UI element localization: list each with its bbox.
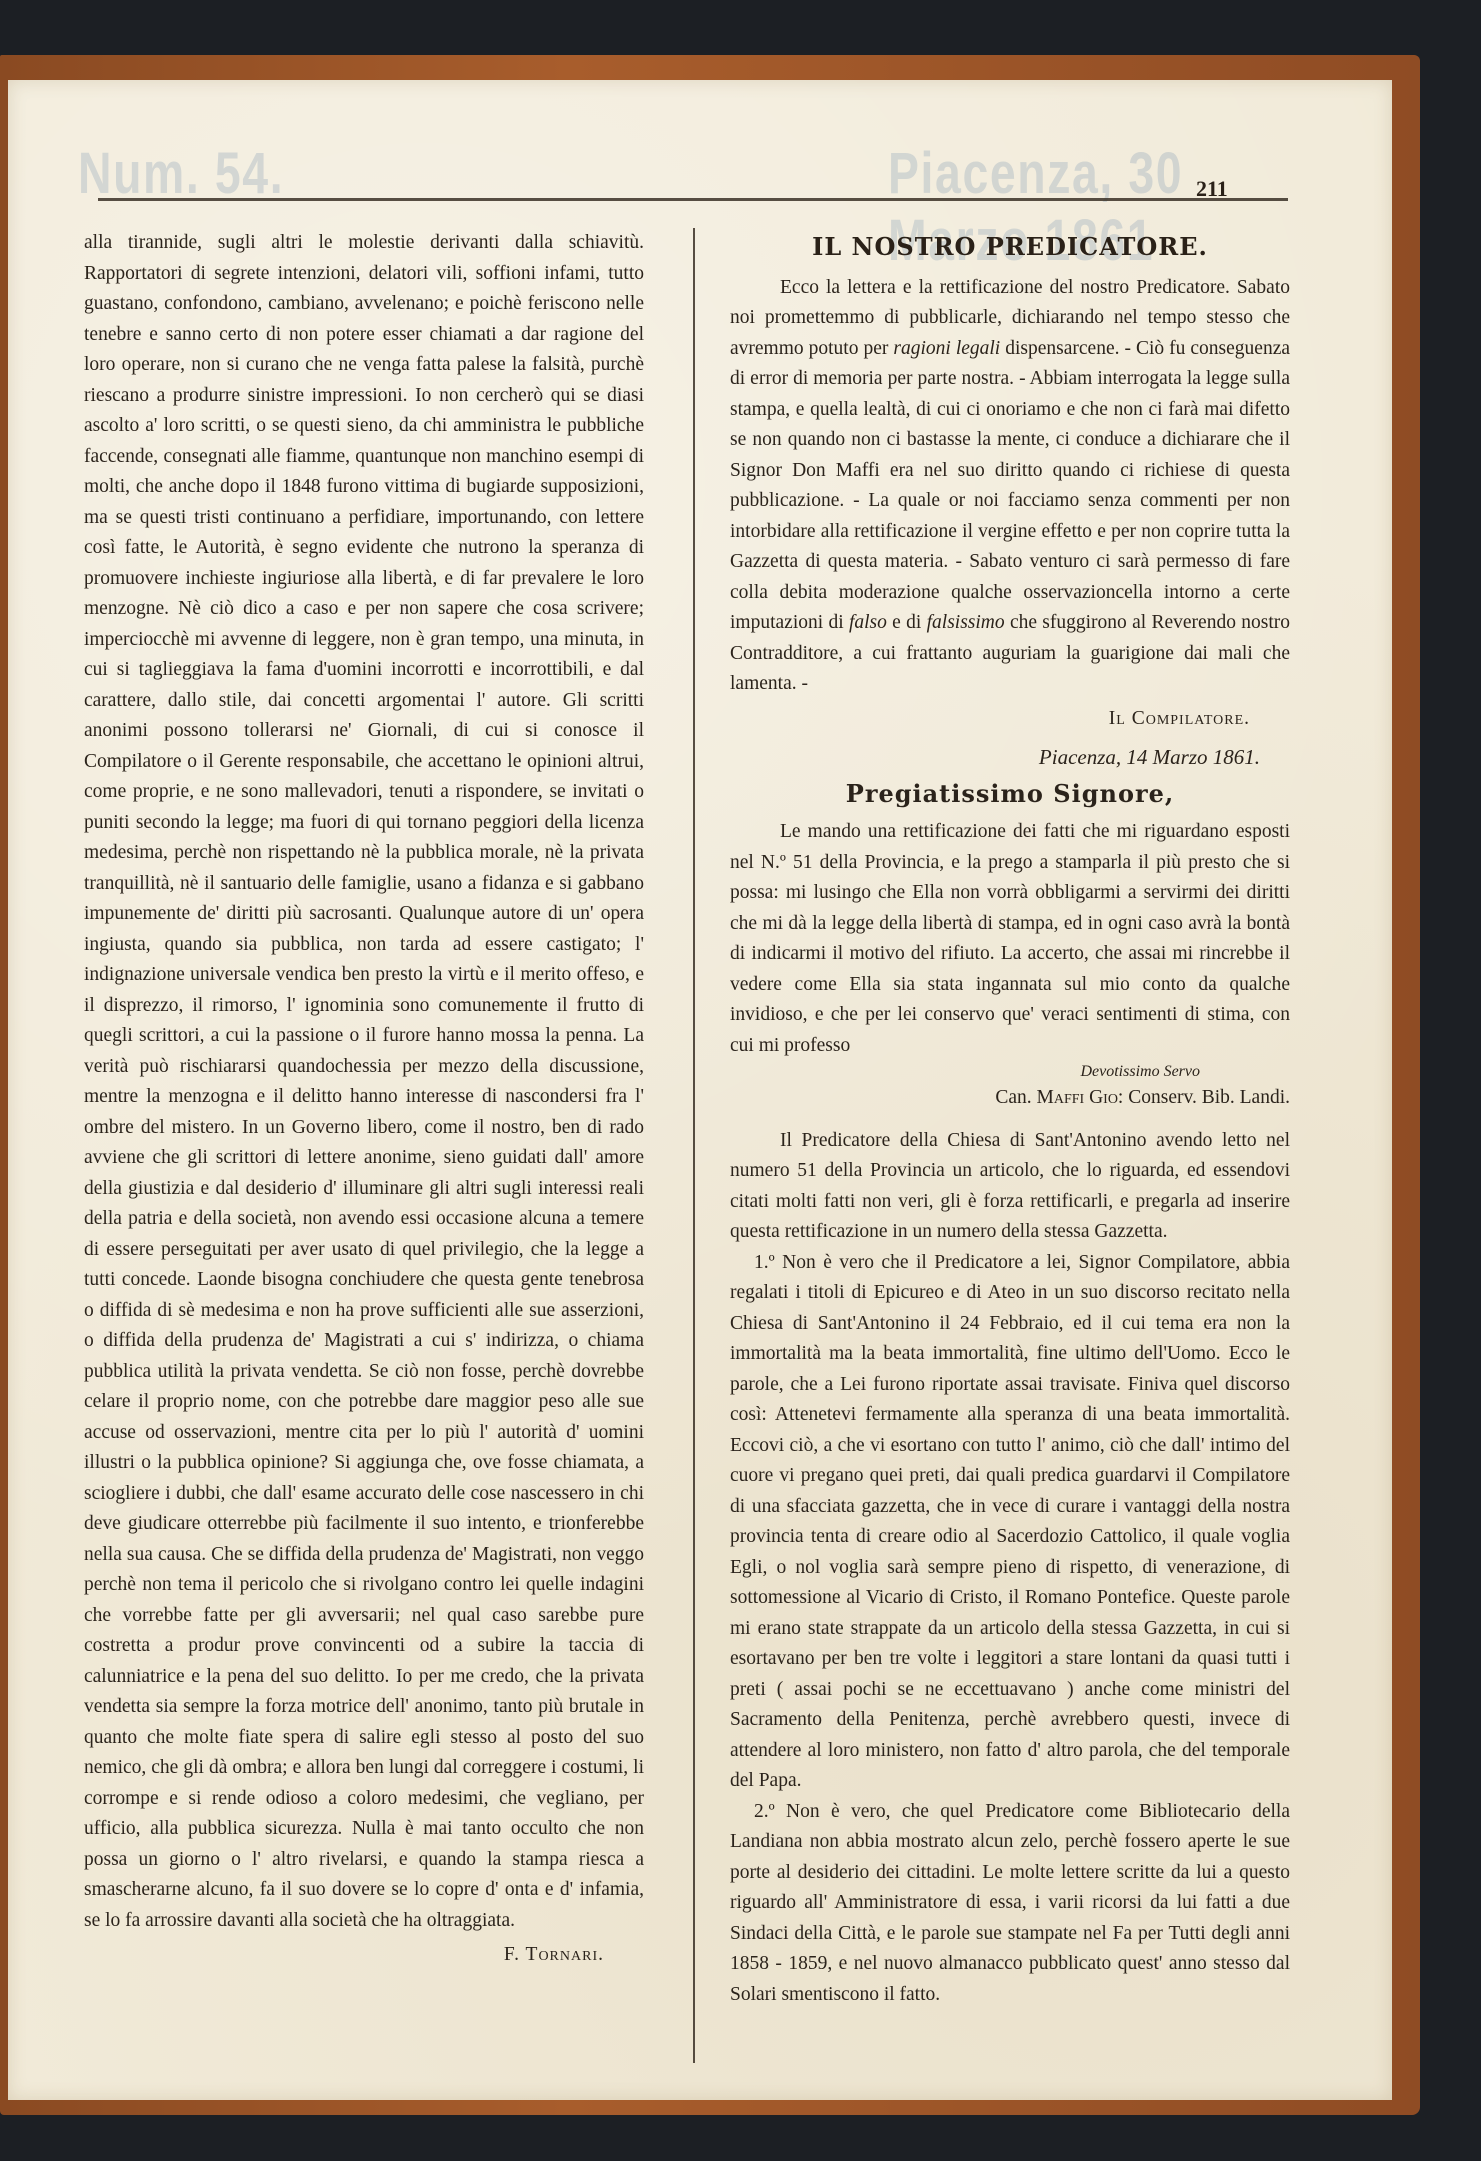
right-column: IL NOSTRO PREDICATORE. Ecco la lettera e…	[730, 228, 1290, 2010]
header-rule	[98, 198, 1288, 201]
letter-dateline: Piacenza, 14 Marzo 1861.	[730, 742, 1260, 773]
intro-emphasis: ragioni legali	[893, 338, 1000, 359]
column-divider	[693, 228, 695, 2063]
letter-salutation: Pregiatissimo Signore,	[730, 779, 1290, 810]
rectification-point-2: 2.º Non è vero, che quel Predicatore com…	[730, 1797, 1290, 2011]
letter-signer: Can. Maffi Gio: Conserv. Bib. Landi.	[730, 1083, 1290, 1114]
compiler-signature: Il Compilatore.	[730, 704, 1250, 735]
bleed-through-issue-number: Num. 54.	[78, 140, 284, 207]
signer-title: Can.	[995, 1087, 1036, 1108]
signer-role: Conserv. Bib. Landi.	[1123, 1087, 1290, 1108]
intro-text: e di	[887, 612, 927, 633]
author-signature: F. Tornari.	[84, 1940, 604, 1971]
left-column: alla tirannide, sugli altri le molestie …	[84, 228, 644, 1975]
rectification-intro: Il Predicatore della Chiesa di Sant'Anto…	[730, 1126, 1290, 1248]
intro-emphasis: falsissimo	[927, 612, 1005, 633]
article-continuation: alla tirannide, sugli altri le molestie …	[84, 228, 644, 1936]
intro-text: dispensarcene. - Ciò fu conseguenza di e…	[730, 338, 1290, 634]
signer-name: Maffi Gio:	[1037, 1087, 1124, 1108]
rectification-point-1: 1.º Non è vero che il Predicatore a lei,…	[730, 1248, 1290, 1797]
intro-emphasis: falso	[849, 612, 887, 633]
newspaper-page: Num. 54. Piacenza, 30 Marzo 1861 211 all…	[8, 80, 1392, 2100]
letter-body: Le mando una rettificazione dei fatti ch…	[730, 817, 1290, 1061]
letter-closing: Devotissimo Servo	[730, 1061, 1200, 1083]
editor-intro: Ecco la lettera e la rettificazione del …	[730, 273, 1290, 700]
article-heading: IL NOSTRO PREDICATORE.	[730, 232, 1290, 263]
